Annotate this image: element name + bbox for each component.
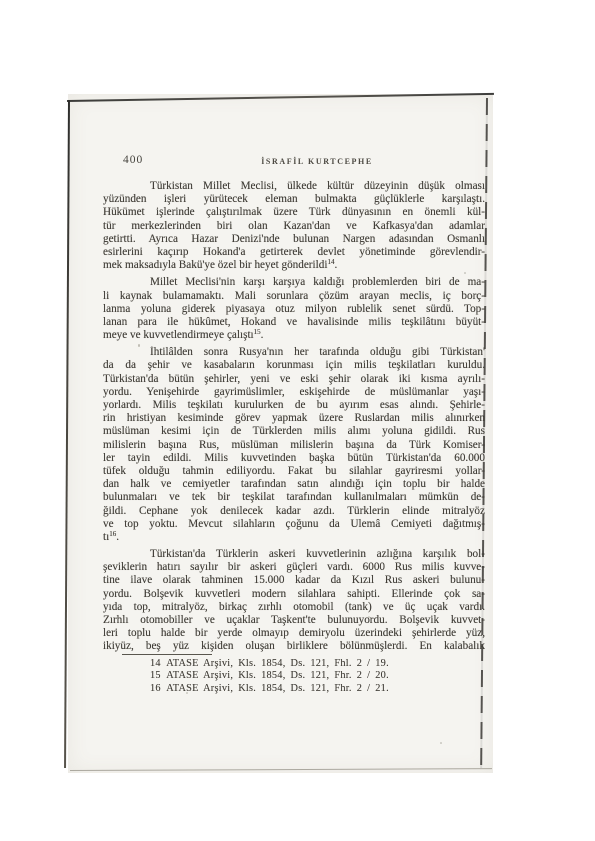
paragraph: İhtilâlden sonra Rusya'nın her tarafında… — [103, 346, 485, 544]
text-line: leri toplu halde bir yerde olmayıp demir… — [103, 627, 485, 640]
text-line: yıda top, mitralyöz, birkaç zırhlı otomo… — [103, 601, 485, 614]
scan-speckle — [440, 742, 442, 744]
text-line: yorlardı. Milis teşkilatı kurulurken de … — [103, 399, 485, 412]
text-line: milislerin başına Rus, müslüman milisler… — [103, 439, 485, 452]
text-line: yordu. Bolşevik kuvvetleri modern silahl… — [103, 588, 485, 601]
scanned-page: 400 İSRAFİL KURTCEPHE Türkistan Millet M… — [68, 94, 493, 773]
page-body: Türkistan Millet Meclisi, ülkede kültür … — [103, 180, 485, 654]
text-line: ikiyüz, beş yüz kişiden oluşan birlikler… — [103, 640, 485, 653]
page-top-edge — [67, 93, 494, 102]
scan-speckle — [368, 616, 370, 618]
text-line: yüzünden işleri yürütecek eleman bulmakt… — [103, 193, 485, 206]
text-line: bulunmaları ve tek bir teşkilat tarafınd… — [103, 491, 485, 504]
scan-speckle — [464, 272, 466, 274]
footnote-rule — [122, 654, 212, 655]
paragraph: Türkistan Millet Meclisi, ülkede kültür … — [103, 180, 485, 272]
text-line: li kaynak bulamamaktı. Mali sorunlara çö… — [103, 290, 485, 303]
text-line: lanma yoluna giderek piyasaya otuz milyo… — [103, 303, 485, 316]
text-line: ğildi. Cephane yok denilecek kadar azdı.… — [103, 505, 485, 518]
footnote-list: 14 ATASE Arşivi, Kls. 1854, Ds. 121, Fhl… — [103, 658, 485, 695]
text-line: tür merkezlerinden biri olan Kazan'dan v… — [103, 220, 485, 233]
paragraph: Türkistan'da Türklerin askeri kuvvetleri… — [103, 548, 485, 654]
text-line: yordu. Yenişehirde gayrimüslimler, eskiş… — [103, 386, 485, 399]
scan-speckle — [220, 397, 222, 399]
text-line: ler tayin edildi. Milis kuvvetinden başk… — [103, 452, 485, 465]
footnote-text: ATASE Arşivi, Kls. 1854, Ds. 121, Fhr. 2… — [166, 683, 389, 694]
text-line: Türkistan'da bütün şehirler, yeni ve esk… — [103, 373, 485, 386]
footnote-item: 15 ATASE Arşivi, Kls. 1854, Ds. 121, Fhr… — [103, 670, 485, 682]
footnote-number: 16 — [150, 683, 161, 694]
text-line: getirtti. Ayrıca Hazar Denizi'nde buluna… — [103, 233, 485, 246]
scan-speckle — [138, 344, 140, 347]
text-line: meye ve kuvvetlendirmeye çalıştı15. — [103, 329, 485, 342]
text-line: tine ilave olarak tahminen 15.000 kadar … — [103, 574, 485, 587]
text-line: müslüman kesimi için de Türklerden milis… — [103, 425, 485, 438]
text-line: Türkistan Millet Meclisi, ülkede kültür … — [103, 180, 485, 193]
text-line: İhtilâlden sonra Rusya'nın her tarafında… — [103, 346, 485, 359]
page-left-edge — [64, 100, 70, 768]
text-line: ve top yoktu. Mevcut silahların çoğunu d… — [103, 518, 485, 531]
text-line: Türkistan'da Türklerin askeri kuvvetleri… — [103, 548, 485, 561]
text-line: dan halk ve cemiyetler tarafından satın … — [103, 478, 485, 491]
text-line: esirlerini kaçırıp Hokand'a getirterek d… — [103, 246, 485, 259]
text-line: Millet Meclisi'nin karşı karşıya kaldığı… — [103, 276, 485, 289]
footnote-item: 14 ATASE Arşivi, Kls. 1854, Ds. 121, Fhl… — [103, 658, 485, 670]
text-line: tı16. — [103, 531, 485, 544]
text-line: rin hristiyan kesiminde görev yapmak üze… — [103, 412, 485, 425]
footnote-item: 16 ATASE Arşivi, Kls. 1854, Ds. 121, Fhr… — [103, 683, 485, 695]
footnote-number: 14 — [150, 658, 161, 669]
text-line: tüfek olduğu tahmin ediliyordu. Fakat bu… — [103, 465, 485, 478]
footnote-number: 15 — [150, 670, 161, 681]
footnote-text: ATASE Arşivi, Kls. 1854, Ds. 121, Fhr. 2… — [166, 670, 389, 681]
footnote-text: ATASE Arşivi, Kls. 1854, Ds. 121, Fhl. 2… — [166, 658, 389, 669]
page-bottom-edge — [70, 768, 492, 771]
text-line: lanan para ile hükûmet, Hokand ve havali… — [103, 316, 485, 329]
text-line: da da şehir ve kasabaların korunması içi… — [103, 359, 485, 372]
running-title: İSRAFİL KURTCEPHE — [261, 157, 373, 166]
text-line: mek maksadıyla Bakü'ye özel bir heyet gö… — [103, 259, 485, 272]
scan-speckle — [186, 692, 188, 694]
text-line: Hükümet işlerinde çalıştırılmak üzere Tü… — [103, 206, 485, 219]
scan-speckle — [273, 526, 275, 528]
text-line: Zırhlı otomobiller ve uçaklar Taşkent'te… — [103, 614, 485, 627]
paragraph: Millet Meclisi'nin karşı karşıya kaldığı… — [103, 276, 485, 342]
text-line: şeviklerin hatırı sayılır bir askeri güç… — [103, 561, 485, 574]
page-header: 400 İSRAFİL KURTCEPHE — [103, 154, 485, 169]
page-number: 400 — [123, 154, 143, 166]
